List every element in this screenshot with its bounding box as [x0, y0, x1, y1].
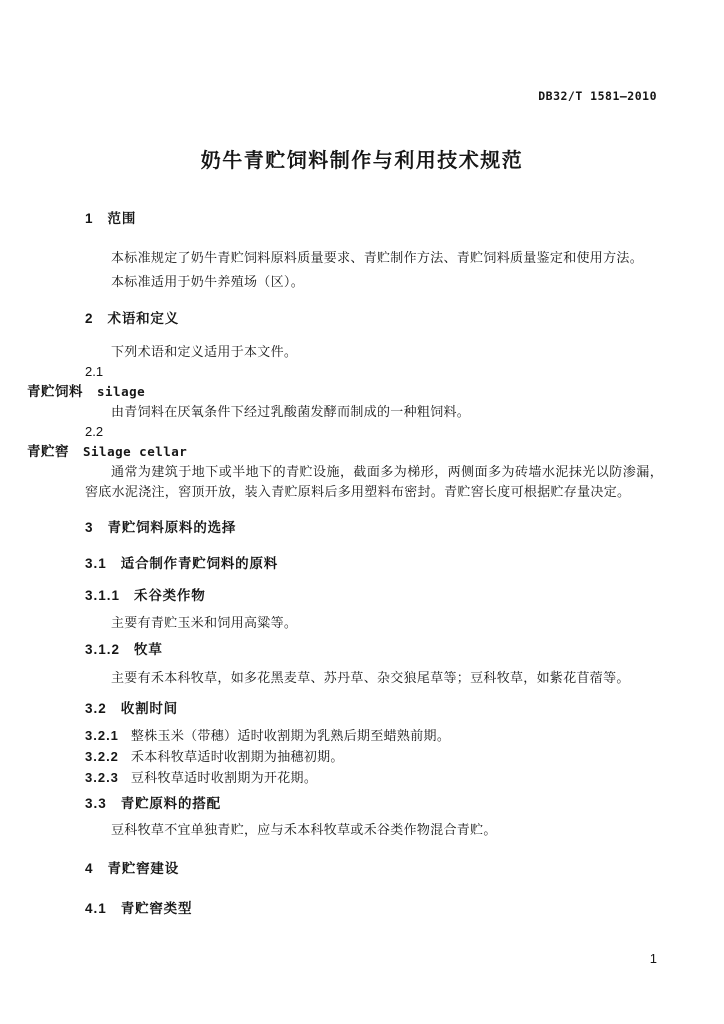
section-title: 青贮窖建设: [108, 861, 180, 876]
subsection-heading-3-2: 3.2收割时间: [85, 700, 663, 718]
term-entry-name: 青贮窖Silage cellar: [27, 442, 663, 462]
section-number: 3.1.2: [85, 642, 120, 657]
section-number: 2: [85, 311, 94, 326]
subsection-heading-3-3: 3.3青贮原料的搭配: [85, 795, 663, 813]
section-number: 3.2: [85, 701, 107, 716]
term-entry-number: 2.1: [85, 362, 663, 382]
section-title: 青贮窖类型: [121, 901, 193, 916]
section-title: 适合制作青贮饲料的原料: [121, 556, 278, 571]
section-number: 4: [85, 861, 94, 876]
section-heading-terms: 2术语和定义: [85, 310, 663, 328]
section-number: 4.1: [85, 901, 107, 916]
paragraph-forage-grass: 主要有禾本科牧草，如多花黑麦草、苏丹草、杂交狼尾草等；豆科牧草，如紫花苜蓿等。: [85, 668, 663, 688]
term-zh: 青贮饲料: [27, 384, 83, 399]
document-page: DB32/T 1581—2010 奶牛青贮饲料制作与利用技术规范 1范围 本标准…: [0, 0, 724, 1024]
paragraph-raw-material-mix: 豆科牧草不宜单独青贮，应与禾本科牧草或禾谷类作物混合青贮。: [85, 820, 663, 840]
term-definition: 由青饲料在厌氧条件下经过乳酸菌发酵而制成的一种粗饲料。: [85, 402, 663, 422]
section-title: 术语和定义: [108, 311, 180, 326]
clause-number: 3.2.2: [85, 749, 119, 764]
subsection-heading-3-1: 3.1适合制作青贮饲料的原料: [85, 555, 663, 573]
term-en: Silage cellar: [83, 444, 187, 459]
section-title: 青贮饲料原料的选择: [108, 520, 237, 535]
section-title: 收割时间: [121, 701, 178, 716]
clause-3-2-3: 3.2.3豆科牧草适时收割期为开花期。: [85, 767, 663, 788]
scope-paragraph-1: 本标准规定了奶牛青贮饲料原料质量要求、青贮制作方法、青贮饲料质量鉴定和使用方法。: [85, 246, 663, 270]
section-number: 3.1.1: [85, 588, 120, 603]
clause-number: 3.2.1: [85, 728, 119, 743]
section-number: 3: [85, 520, 94, 535]
subsection-heading-3-1-2: 3.1.2牧草: [85, 641, 663, 659]
document-title: 奶牛青贮饲料制作与利用技术规范: [0, 146, 724, 176]
section-heading-cellar-construction: 4青贮窖建设: [85, 860, 663, 878]
page-number: 1: [650, 951, 657, 967]
clause-text: 整株玉米（带穗）适时收割期为乳熟后期至蜡熟前期。: [131, 728, 450, 743]
section-title: 范围: [108, 211, 137, 226]
paragraph-cereal-crops: 主要有青贮玉米和饲用高粱等。: [85, 613, 663, 633]
scope-paragraph-2: 本标准适用于奶牛养殖场（区）。: [85, 270, 663, 294]
section-number: 3.3: [85, 796, 107, 811]
clause-text: 禾本科牧草适时收割期为抽穗初期。: [131, 749, 344, 764]
subsection-heading-4-1: 4.1青贮窖类型: [85, 900, 663, 918]
terms-intro: 下列术语和定义适用于本文件。: [85, 342, 663, 362]
section-number: 3.1: [85, 556, 107, 571]
clause-3-2-2: 3.2.2禾本科牧草适时收割期为抽穗初期。: [85, 746, 663, 767]
section-heading-scope: 1范围: [85, 210, 663, 228]
section-title: 禾谷类作物: [134, 588, 206, 603]
clause-number: 3.2.3: [85, 770, 119, 785]
clause-3-2-1: 3.2.1整株玉米（带穗）适时收割期为乳熟后期至蜡熟前期。: [85, 725, 663, 746]
term-en: silage: [97, 384, 145, 399]
term-entry-number: 2.2: [85, 422, 663, 442]
standard-number: DB32/T 1581—2010: [0, 88, 657, 104]
term-zh: 青贮窖: [27, 444, 69, 459]
section-title: 牧草: [134, 642, 163, 657]
subsection-heading-3-1-1: 3.1.1禾谷类作物: [85, 587, 663, 605]
term-definition: 通常为建筑于地下或半地下的青贮设施，截面多为梯形，两侧面多为砖墙水泥抹光以防渗漏…: [85, 462, 663, 502]
term-entry-name: 青贮饲料silage: [27, 382, 663, 402]
section-number: 1: [85, 211, 94, 226]
clause-text: 豆科牧草适时收割期为开花期。: [131, 770, 317, 785]
section-title: 青贮原料的搭配: [121, 796, 221, 811]
section-heading-raw-material: 3青贮饲料原料的选择: [85, 519, 663, 537]
